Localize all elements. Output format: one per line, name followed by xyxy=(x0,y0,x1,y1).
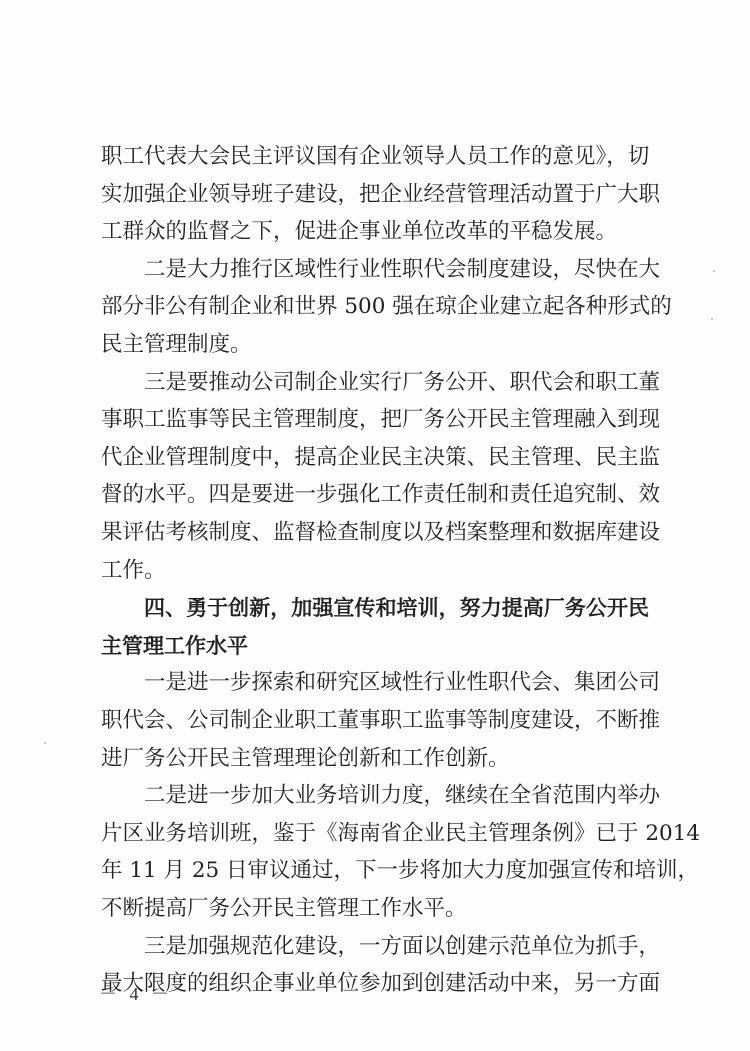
section-heading-line: 主管理工作水平 xyxy=(101,629,649,663)
section-heading-line: 四、勇于创新，加强宣传和培训，努力提高厂务公开民 xyxy=(144,591,649,625)
paragraph-line: 进厂务公开民主管理理论创新和工作创新。 xyxy=(101,742,649,776)
paragraph-line: 职工代表大会民主评议国有企业领导人员工作的意见》，切 xyxy=(101,140,649,174)
paragraph-line: 工作。 xyxy=(101,554,649,588)
paragraph-line: 不断提高厂务公开民主管理工作水平。 xyxy=(101,892,649,926)
paragraph-line: 年 11 月 25 日审议通过，下一步将加大力度加强宣传和培训， xyxy=(101,854,649,888)
paragraph-line: 代企业管理制度中，提高企业民主决策、民主管理、民主监 xyxy=(101,441,649,475)
paragraph-line: 部分非公有制企业和世界 500 强在琼企业建立起各种形式的 xyxy=(101,290,649,324)
paragraph-line: 三是加强规范化建设，一方面以创建示范单位为抓手， xyxy=(144,930,649,964)
paragraph-line: 督的水平。四是要进一步强化工作责任制和责任追究制、效 xyxy=(101,478,649,512)
paragraph-line: 实加强企业领导班子建设，把企业经营管理活动置于广大职 xyxy=(101,178,649,212)
paragraph-line: 二是进一步加大业务培训力度，继续在全省范围内举办 xyxy=(144,779,649,813)
paragraph-line: 二是大力推行区域性行业性职代会制度建设，尽快在大 xyxy=(144,253,649,287)
paragraph-line: 三是要推动公司制企业实行厂务公开、职代会和职工董 xyxy=(144,366,649,400)
page-number: － 4 － xyxy=(99,980,173,1006)
paragraph-line: 最大限度的组织企事业单位参加到创建活动中来，另一方面 xyxy=(101,967,649,1001)
paragraph-line: 民主管理制度。 xyxy=(101,328,649,362)
paragraph-line: 职代会、公司制企业职工董事职工监事等制度建设，不断推 xyxy=(101,704,649,738)
scan-speck xyxy=(44,742,46,744)
paragraph-line: 片区业务培训班，鉴于《海南省企业民主管理条例》已于 2014 xyxy=(101,817,649,851)
document-page: 职工代表大会民主评议国有企业领导人员工作的意见》，切实加强企业领导班子建设，把企… xyxy=(0,0,750,1051)
paragraph-line: 事职工监事等民主管理制度，把厂务公开民主管理融入到现 xyxy=(101,403,649,437)
paragraph-line: 一是进一步探索和研究区域性行业性职代会、集团公司 xyxy=(144,666,649,700)
paragraph-line: 果评估考核制度、监督检查制度以及档案整理和数据库建设 xyxy=(101,516,649,550)
paragraph-line: 工群众的监督之下，促进企事业单位改革的平稳发展。 xyxy=(101,215,649,249)
scan-speck xyxy=(711,318,713,320)
scan-speck xyxy=(713,270,715,272)
